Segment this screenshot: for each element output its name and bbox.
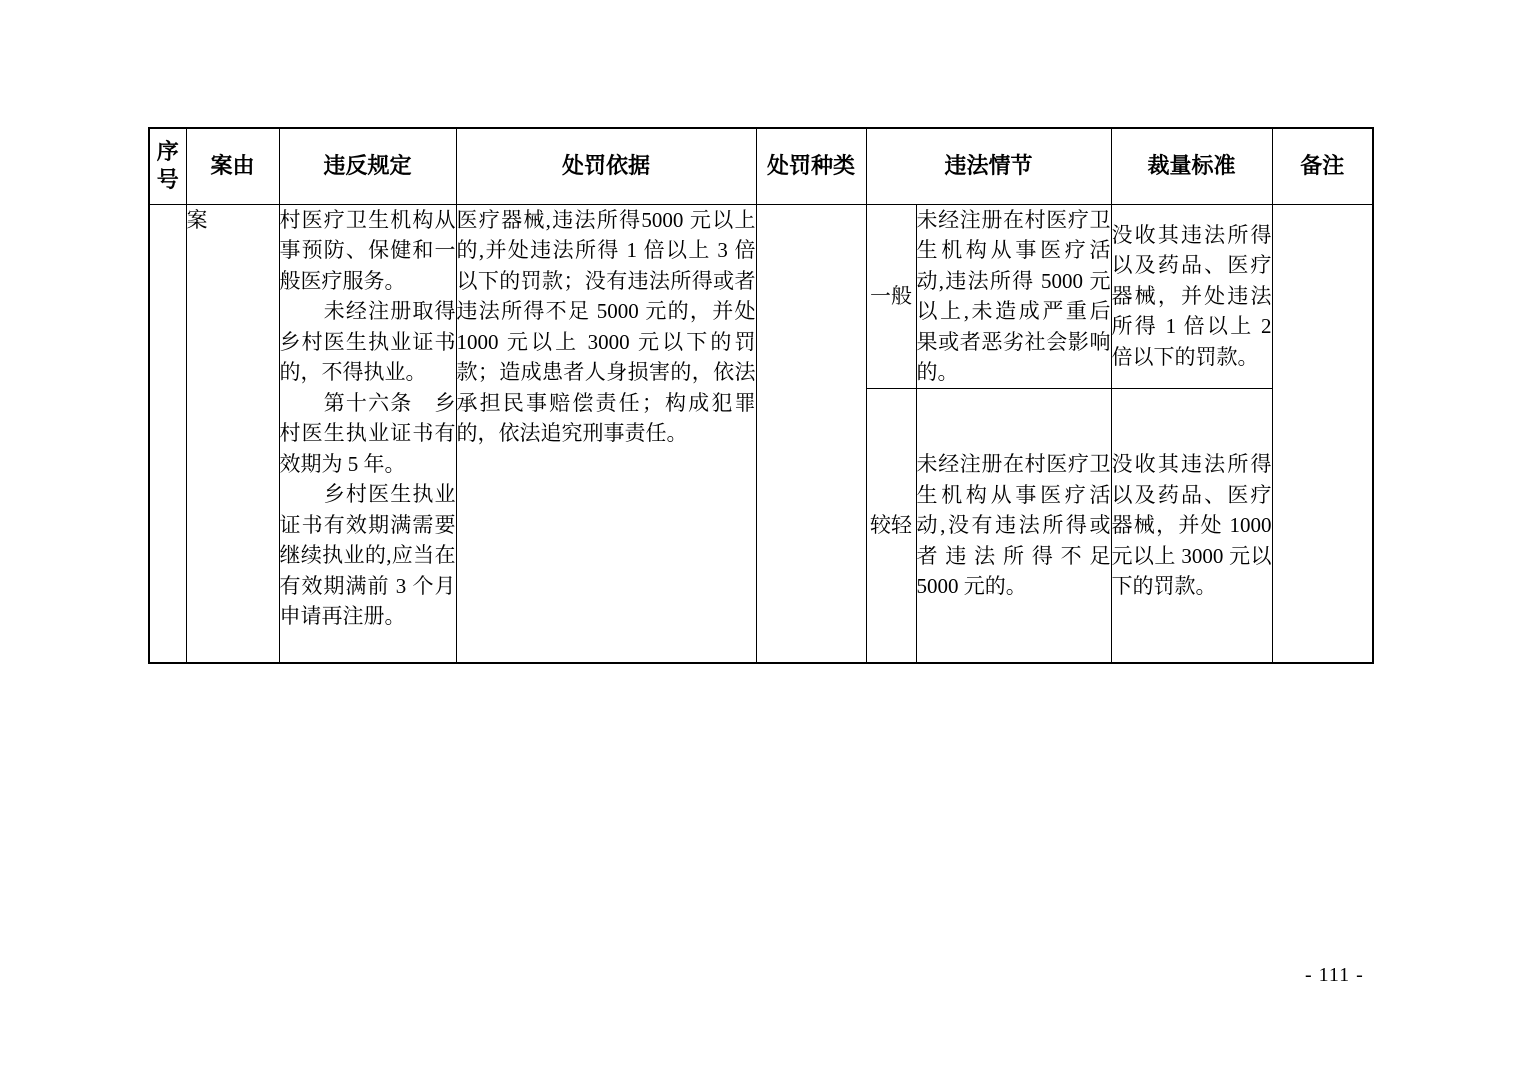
cell-penalty-type bbox=[756, 204, 866, 663]
table-header-row: 序号 案由 违反规定 处罚依据 处罚种类 违法情节 裁量标准 备注 bbox=[149, 128, 1373, 204]
penalty-discretion-table: 序号 案由 违反规定 处罚依据 处罚种类 违法情节 裁量标准 备注 案 村医疗卫… bbox=[148, 127, 1374, 664]
header-remarks: 备注 bbox=[1272, 128, 1373, 204]
cell-case-cause: 案 bbox=[186, 204, 279, 663]
cell-circumstance-minor: 未经注册在村医疗卫生机构从事医疗活动,没有违法所得或者违法所得不足 5000 元… bbox=[916, 388, 1111, 663]
header-illegal-circumstance: 违法情节 bbox=[866, 128, 1111, 204]
table-row-general: 案 村医疗卫生机构从事预防、保健和一般医疗服务。 未经注册取得乡村医生执业证书的… bbox=[149, 204, 1373, 388]
header-case-cause: 案由 bbox=[186, 128, 279, 204]
cell-standard-general: 没收其违法所得以及药品、医疗器械，并处违法所得 1 倍以上 2 倍以下的罚款。 bbox=[1111, 204, 1272, 388]
header-serial-number: 序号 bbox=[149, 128, 186, 204]
cell-standard-minor: 没收其违法所得以及药品、医疗器械，并处 1000 元以上 3000 元以下的罚款… bbox=[1111, 388, 1272, 663]
cell-severity-minor: 较轻 bbox=[866, 388, 916, 663]
page-number: - 111 - bbox=[1305, 964, 1364, 987]
header-penalty-basis: 处罚依据 bbox=[456, 128, 756, 204]
header-violated-regulation: 违反规定 bbox=[279, 128, 456, 204]
cell-severity-general: 一般 bbox=[866, 204, 916, 388]
cell-violated-regulation: 村医疗卫生机构从事预防、保健和一般医疗服务。 未经注册取得乡村医生执业证书的，不… bbox=[279, 204, 456, 663]
cell-serial-number bbox=[149, 204, 186, 663]
cell-penalty-basis: 医疗器械,违法所得5000 元以上的,并处违法所得 1 倍以上 3 倍以下的罚款… bbox=[456, 204, 756, 663]
header-discretion-standard: 裁量标准 bbox=[1111, 128, 1272, 204]
cell-circumstance-general: 未经注册在村医疗卫生机构从事医疗活动,违法所得 5000 元以上,未造成严重后果… bbox=[916, 204, 1111, 388]
header-penalty-type: 处罚种类 bbox=[756, 128, 866, 204]
cell-remarks bbox=[1272, 204, 1373, 663]
document-page: 序号 案由 违反规定 处罚依据 处罚种类 违法情节 裁量标准 备注 案 村医疗卫… bbox=[0, 0, 1520, 1074]
